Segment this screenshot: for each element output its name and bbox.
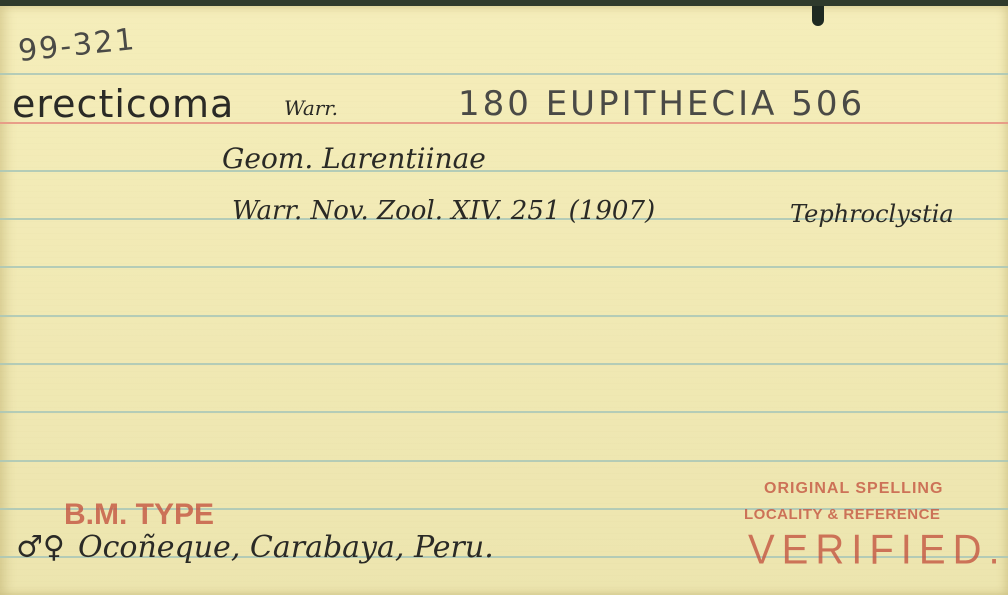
locality: Ocoñeque, Carabaya, Peru. <box>78 530 494 565</box>
original-genus: Tephroclystia <box>790 200 954 228</box>
bm-type-stamp: B.M. TYPE <box>64 498 214 532</box>
card-clip-mark <box>812 6 824 26</box>
classification: Geom. Larentiinae <box>222 142 486 175</box>
sex-symbols: ♂♀ <box>16 530 65 565</box>
accession-number: 99-321 <box>16 22 137 69</box>
ruled-line <box>0 411 1008 413</box>
genus-header: 180 EUPITHECIA 506 <box>458 84 865 124</box>
ruled-line <box>0 460 1008 462</box>
ruled-line <box>0 315 1008 317</box>
ruled-line <box>0 266 1008 268</box>
index-card: 99-321 erecticoma Warr. 180 EUPITHECIA 5… <box>0 6 1008 595</box>
author-abbreviation: Warr. <box>284 96 338 120</box>
reference: Warr. Nov. Zool. XIV. 251 (1907) <box>232 196 655 226</box>
verification-stamp-line2: Locality & Reference <box>744 506 940 523</box>
verification-stamp-verified: Verified. <box>748 527 1007 574</box>
verification-stamp-line1: Original Spelling <box>764 480 943 498</box>
ruled-line <box>0 73 1008 75</box>
ruled-line <box>0 363 1008 365</box>
ruled-line <box>0 170 1008 172</box>
species-name: erecticoma <box>12 82 234 126</box>
